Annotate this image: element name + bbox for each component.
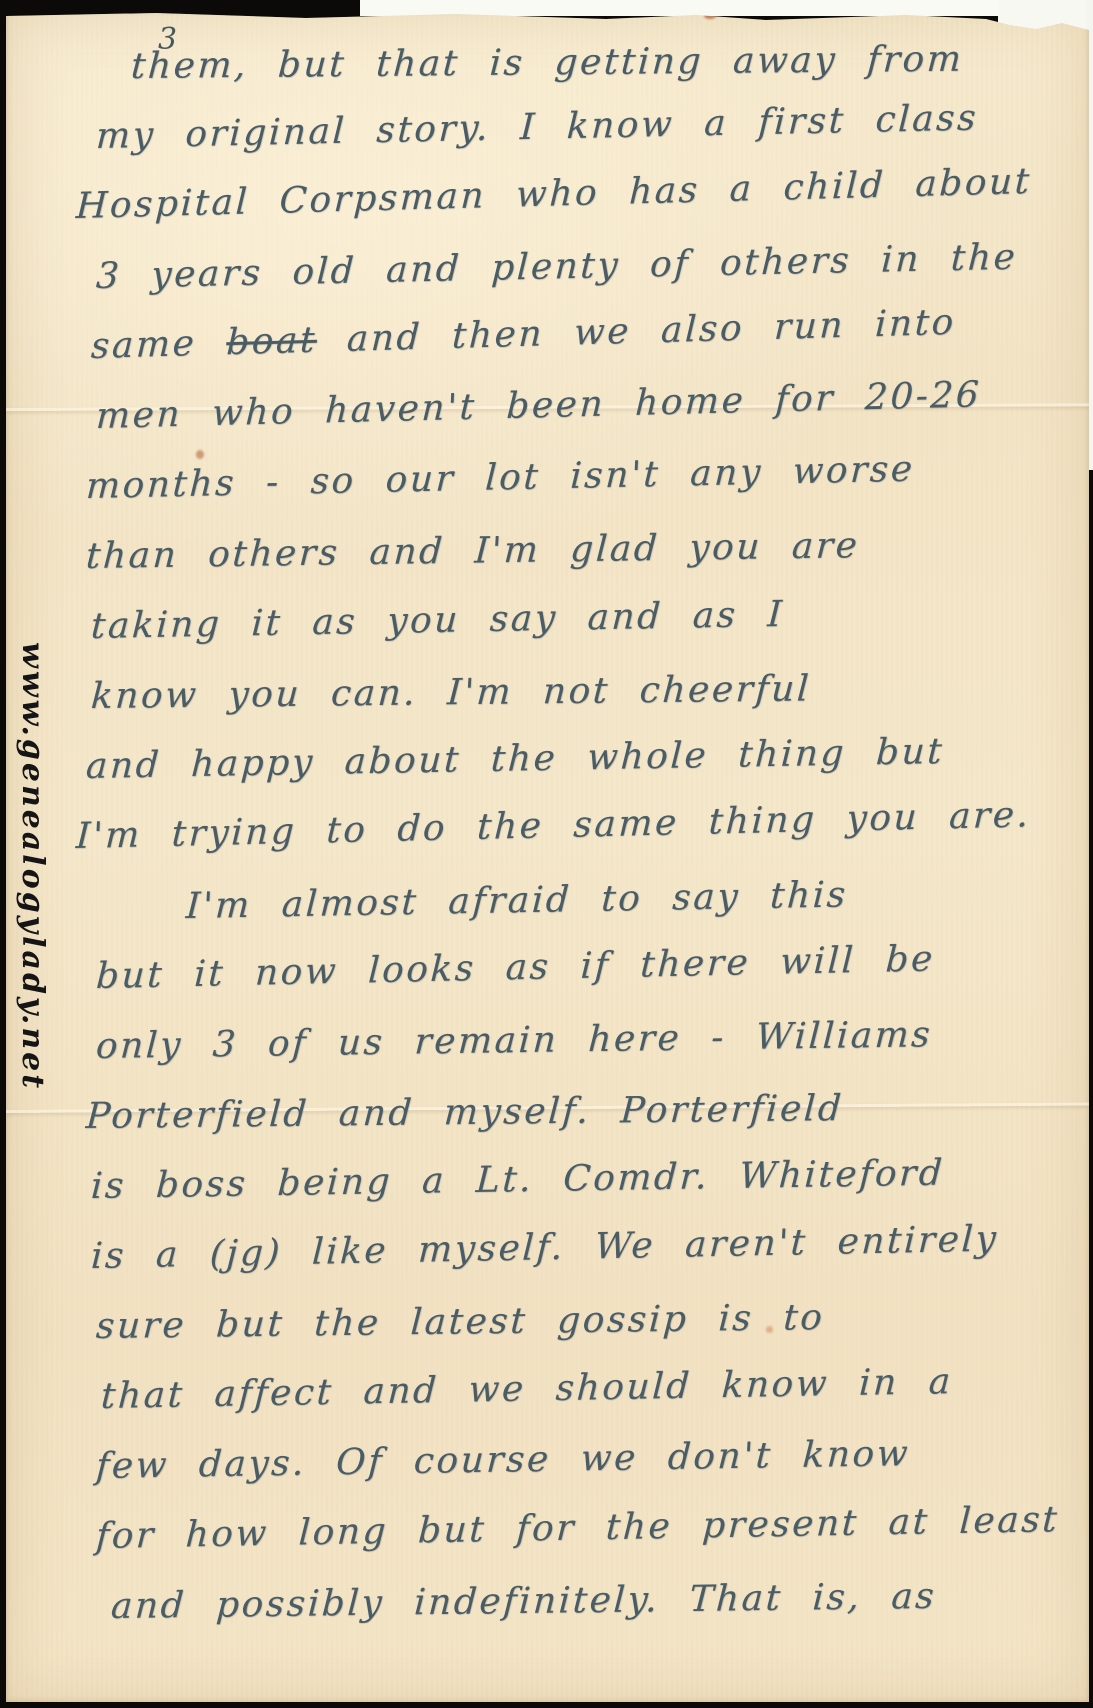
handwriting-lines: them, but that is getting away frommy or… <box>6 32 1089 1642</box>
handwritten-line: and possibly indefinitely. That is, as <box>109 1560 1091 1642</box>
line-segment: same <box>90 322 227 367</box>
struck-word: boat <box>225 320 317 364</box>
handwritten-line: only 3 of us remain here - Williams <box>94 998 1091 1082</box>
line-segment: and then we also run into <box>316 302 957 361</box>
letter-page: www.genealogylady.net 3 them, but that i… <box>6 10 1089 1702</box>
scanner-backing-top <box>360 0 1093 16</box>
scanned-letter: www.genealogylady.net 3 them, but that i… <box>0 0 1093 1708</box>
